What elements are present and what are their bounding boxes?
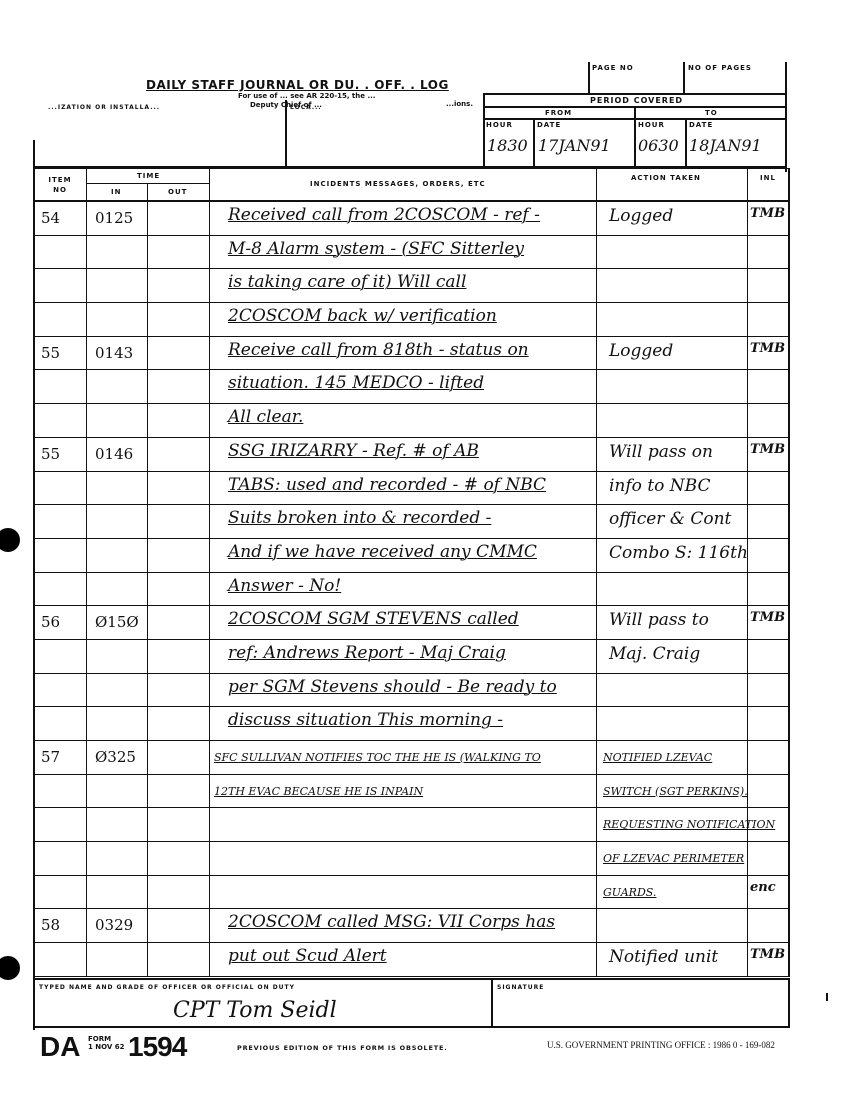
item-no-cell[interactable]: 56 xyxy=(33,606,87,639)
initials-text: TMB xyxy=(750,341,785,356)
time-in-cell[interactable] xyxy=(87,236,148,269)
time-out-cell[interactable] xyxy=(148,707,210,740)
time-in-cell[interactable] xyxy=(87,943,148,976)
initials-cell[interactable] xyxy=(748,842,790,875)
item-no-cell[interactable]: 58 xyxy=(33,909,87,942)
to-date-value[interactable]: 18JAN91 xyxy=(689,136,762,155)
time-in-cell[interactable] xyxy=(87,876,148,909)
initials-cell[interactable] xyxy=(748,741,790,774)
action-cell[interactable]: Maj. Craig xyxy=(597,640,748,673)
form-title: DAILY STAFF JOURNAL OR DU. . OFF. . LOG xyxy=(146,78,449,92)
time-out-cell[interactable] xyxy=(148,370,210,403)
time-in-cell[interactable] xyxy=(87,674,148,707)
item-no-cell[interactable] xyxy=(33,573,87,606)
incident-cell[interactable]: is taking care of it) Will call xyxy=(210,269,597,302)
action-cell[interactable] xyxy=(597,404,748,437)
initials-cell[interactable] xyxy=(748,370,790,403)
initials-cell[interactable] xyxy=(748,775,790,808)
incident-text: per SGM Stevens should - Be ready to xyxy=(228,677,557,697)
item-no-text: 55 xyxy=(41,445,60,463)
time-in-cell[interactable] xyxy=(87,842,148,875)
initials-cell[interactable] xyxy=(748,539,790,572)
item-no-cell[interactable] xyxy=(33,236,87,269)
item-no-cell[interactable] xyxy=(33,539,87,572)
table-row: ref: Andrews Report - Maj CraigMaj. Crai… xyxy=(33,640,790,674)
header-item-no: ITEM NO xyxy=(33,169,87,200)
item-no-label: ITEM NO xyxy=(42,175,78,195)
punch-hole-mark xyxy=(0,528,20,552)
item-no-cell[interactable] xyxy=(33,505,87,538)
time-out-cell[interactable] xyxy=(148,438,210,471)
item-no-cell[interactable] xyxy=(33,808,87,841)
item-no-cell[interactable] xyxy=(33,943,87,976)
time-in-text: Ø325 xyxy=(95,748,136,766)
initials-cell[interactable] xyxy=(748,236,790,269)
action-cell[interactable] xyxy=(597,269,748,302)
action-cell[interactable]: info to NBC xyxy=(597,472,748,505)
initials-cell[interactable]: TMB xyxy=(748,943,790,976)
incident-cell[interactable]: M-8 Alarm system - (SFC Sitterley xyxy=(210,236,597,269)
time-in-text: 0146 xyxy=(95,445,133,463)
action-text: Logged xyxy=(609,341,673,361)
header-incidents: INCIDENTS MESSAGES, ORDERS, ETC xyxy=(210,169,597,200)
table-row: 550146SSG IRIZARRY - Ref. # of ABWill pa… xyxy=(33,438,790,472)
divider xyxy=(588,62,590,94)
initials-cell[interactable] xyxy=(748,505,790,538)
initials-cell[interactable] xyxy=(748,640,790,673)
action-cell[interactable]: REQUESTING NOTIFICATION xyxy=(597,808,748,841)
action-text: OF LZEVAC PERIMETER xyxy=(603,852,744,865)
time-in-cell[interactable]: 0146 xyxy=(87,438,148,471)
item-no-text: 54 xyxy=(41,209,60,227)
incident-text: Answer - No! xyxy=(228,576,341,596)
time-in-cell[interactable] xyxy=(87,707,148,740)
action-text: GUARDS. xyxy=(603,886,656,899)
divider xyxy=(685,118,687,166)
incident-cell[interactable]: Receive call from 818th - status on xyxy=(210,337,597,370)
time-out-cell[interactable] xyxy=(148,337,210,370)
item-no-text: 58 xyxy=(41,916,60,934)
incident-text: put out Scud Alert xyxy=(228,946,387,966)
divider xyxy=(785,62,787,172)
incident-text: And if we have received any CMMC xyxy=(228,542,537,562)
table-row: 2COSCOM back w/ verification xyxy=(33,303,790,337)
divider xyxy=(491,980,493,1028)
action-cell[interactable]: Will pass to xyxy=(597,606,748,639)
item-no-cell[interactable]: 54 xyxy=(33,202,87,235)
incident-cell[interactable]: And if we have received any CMMC xyxy=(210,539,597,572)
action-text: SWITCH (SGT PERKINS). xyxy=(603,785,748,798)
table-row: Answer - No! xyxy=(33,573,790,607)
action-cell[interactable] xyxy=(597,236,748,269)
divider xyxy=(483,93,787,95)
divider xyxy=(683,62,685,94)
incident-text: 2COSCOM back w/ verification xyxy=(228,306,497,326)
time-out-cell[interactable] xyxy=(148,606,210,639)
form-number: 1594 xyxy=(128,1031,186,1063)
header-time: TIME xyxy=(87,169,210,184)
from-hour-value[interactable]: 1830 xyxy=(487,136,528,155)
incident-cell[interactable]: SFC SULLIVAN NOTIFIES TOC THE HE IS (WAL… xyxy=(210,741,597,774)
action-cell[interactable]: Notified unit xyxy=(597,943,748,976)
item-no-cell[interactable] xyxy=(33,775,87,808)
table-row: per SGM Stevens should - Be ready to xyxy=(33,674,790,708)
divider xyxy=(483,93,485,167)
form-subtitle-right: ...ions. xyxy=(446,100,473,108)
divider xyxy=(285,100,287,167)
item-no-cell[interactable] xyxy=(33,842,87,875)
time-in-cell[interactable] xyxy=(87,539,148,572)
out-label: OUT xyxy=(168,188,187,196)
form-subtitle-line1: For use of ... see AR 220-15, the ... xyxy=(238,92,375,100)
item-no-cell[interactable]: 55 xyxy=(33,438,87,471)
incident-cell[interactable]: ref: Andrews Report - Maj Craig xyxy=(210,640,597,673)
table-row: 550143Receive call from 818th - status o… xyxy=(33,337,790,371)
incident-cell[interactable]: discuss situation This morning - xyxy=(210,707,597,740)
typed-name-label: TYPED NAME AND GRADE OF OFFICER OR OFFIC… xyxy=(39,984,295,991)
item-no-cell[interactable] xyxy=(33,472,87,505)
incident-text: 12TH EVAC BECAUSE HE IS INPAIN xyxy=(214,785,423,798)
initials-text: TMB xyxy=(750,206,785,221)
action-cell[interactable] xyxy=(597,573,748,606)
time-out-cell[interactable] xyxy=(148,909,210,942)
item-no-cell[interactable] xyxy=(33,303,87,336)
incident-cell[interactable]: 2COSCOM called MSG: VII Corps has xyxy=(210,909,597,942)
item-no-cell[interactable] xyxy=(33,640,87,673)
header-inl: INL xyxy=(748,169,790,200)
initials-cell[interactable] xyxy=(748,909,790,942)
time-in-cell[interactable] xyxy=(87,404,148,437)
initials-cell[interactable]: TMB xyxy=(748,606,790,639)
divider xyxy=(634,106,636,166)
journal-table: 540125Received call from 2COSCOM - ref -… xyxy=(33,202,790,977)
time-out-cell[interactable] xyxy=(148,775,210,808)
incident-text: Received call from 2COSCOM - ref - xyxy=(228,205,540,225)
to-hour-value[interactable]: 0630 xyxy=(638,136,679,155)
initials-cell[interactable] xyxy=(748,674,790,707)
from-date-label: DATE xyxy=(537,121,561,129)
item-no-cell[interactable] xyxy=(33,876,87,909)
initials-text: TMB xyxy=(750,610,785,625)
incident-text: SFC SULLIVAN NOTIFIES TOC THE HE IS (WAL… xyxy=(214,751,541,764)
initials-cell[interactable] xyxy=(748,404,790,437)
time-in-cell[interactable] xyxy=(87,505,148,538)
from-label: FROM xyxy=(545,109,572,117)
no-of-pages-label: NO OF PAGES xyxy=(688,64,752,72)
time-out-cell[interactable] xyxy=(148,269,210,302)
action-cell[interactable] xyxy=(597,674,748,707)
header-in: IN xyxy=(87,184,148,201)
time-in-cell[interactable]: 0125 xyxy=(87,202,148,235)
time-out-cell[interactable] xyxy=(148,539,210,572)
time-out-cell[interactable] xyxy=(148,236,210,269)
item-no-cell[interactable] xyxy=(33,707,87,740)
initials-cell[interactable] xyxy=(748,472,790,505)
officer-box: TYPED NAME AND GRADE OF OFFICER OR OFFIC… xyxy=(33,978,790,1028)
table-row: M-8 Alarm system - (SFC Sitterley xyxy=(33,236,790,270)
incident-cell[interactable] xyxy=(210,808,597,841)
table-row: Suits broken into & recorded -officer & … xyxy=(33,505,790,539)
form-word: FORM xyxy=(88,1035,125,1043)
organization-label: ...IZATION OR INSTALLA... xyxy=(48,104,160,111)
table-row: 57Ø325SFC SULLIVAN NOTIFIES TOC THE HE I… xyxy=(33,741,790,775)
header-action: ACTION TAKEN xyxy=(597,169,748,200)
time-in-cell[interactable]: 0329 xyxy=(87,909,148,942)
time-out-cell[interactable] xyxy=(148,303,210,336)
inl-label: INL xyxy=(760,174,776,182)
in-label: IN xyxy=(111,188,121,196)
table-row: GUARDS.enc xyxy=(33,876,790,910)
form-prefix: DA xyxy=(40,1031,80,1063)
action-text: Logged xyxy=(609,206,673,226)
time-in-text: 0125 xyxy=(95,209,133,227)
page-no-field[interactable] xyxy=(592,74,680,92)
time-in-text: 0329 xyxy=(95,916,133,934)
table-row: 56Ø15Ø2COSCOM SGM STEVENS calledWill pas… xyxy=(33,606,790,640)
location-label: LOCA... xyxy=(290,104,322,111)
time-in-cell[interactable] xyxy=(87,472,148,505)
incident-cell[interactable]: per SGM Stevens should - Be ready to xyxy=(210,674,597,707)
to-hour-label: HOUR xyxy=(638,121,665,129)
item-no-text: 55 xyxy=(41,344,60,362)
incident-cell[interactable]: put out Scud Alert xyxy=(210,943,597,976)
incident-text: discuss situation This morning - xyxy=(228,710,503,730)
action-cell[interactable]: OF LZEVAC PERIMETER xyxy=(597,842,748,875)
table-row: TABS: used and recorded - # of NBCinfo t… xyxy=(33,472,790,506)
action-text: Maj. Craig xyxy=(609,644,700,664)
action-text: NOTIFIED LZEVAC xyxy=(603,751,712,764)
action-text: officer & Cont xyxy=(609,509,731,529)
action-cell[interactable]: Logged xyxy=(597,337,748,370)
initials-text: TMB xyxy=(750,442,785,457)
table-row: 540125Received call from 2COSCOM - ref -… xyxy=(33,202,790,236)
signature-field[interactable] xyxy=(497,994,782,1026)
action-cell[interactable]: Logged xyxy=(597,202,748,235)
action-cell[interactable]: GUARDS. xyxy=(597,876,748,909)
from-date-value[interactable]: 17JAN91 xyxy=(538,136,611,155)
incident-cell[interactable]: All clear. xyxy=(210,404,597,437)
action-text: Will pass to xyxy=(609,610,709,630)
time-out-cell[interactable] xyxy=(148,876,210,909)
initials-text: TMB xyxy=(750,947,785,962)
table-row: situation. 145 MEDCO - lifted xyxy=(33,370,790,404)
time-in-cell[interactable] xyxy=(87,808,148,841)
incident-text: TABS: used and recorded - # of NBC xyxy=(228,475,546,495)
incident-text: M-8 Alarm system - (SFC Sitterley xyxy=(228,239,524,259)
initials-cell[interactable] xyxy=(748,707,790,740)
incident-cell[interactable]: SSG IRIZARRY - Ref. # of AB xyxy=(210,438,597,471)
time-in-cell[interactable]: Ø15Ø xyxy=(87,606,148,639)
form-date: 1 NOV 62 xyxy=(88,1043,125,1051)
printing-office-note: U.S. GOVERNMENT PRINTING OFFICE : 1986 0… xyxy=(547,1040,775,1050)
incident-text: situation. 145 MEDCO - lifted xyxy=(228,373,484,393)
typed-name-value[interactable]: CPT Tom Seidl xyxy=(173,998,337,1023)
time-in-text: Ø15Ø xyxy=(95,613,139,631)
to-date-label: DATE xyxy=(689,121,713,129)
page-no-label: PAGE NO xyxy=(592,64,634,72)
to-label: TO xyxy=(705,109,718,117)
item-no-cell[interactable] xyxy=(33,269,87,302)
time-out-cell[interactable] xyxy=(148,808,210,841)
initials-text: enc xyxy=(750,880,776,895)
incident-cell[interactable] xyxy=(210,842,597,875)
item-no-text: 56 xyxy=(41,613,60,631)
time-in-cell[interactable] xyxy=(87,573,148,606)
from-hour-label: HOUR xyxy=(486,121,513,129)
incident-cell[interactable]: 12TH EVAC BECAUSE HE IS INPAIN xyxy=(210,775,597,808)
action-cell[interactable]: Combo S: 116th xyxy=(597,539,748,572)
incident-cell[interactable]: Suits broken into & recorded - xyxy=(210,505,597,538)
incident-text: Suits broken into & recorded - xyxy=(228,508,491,528)
time-out-cell[interactable] xyxy=(148,202,210,235)
action-text: Notified unit xyxy=(609,947,718,967)
signature-label: SIGNATURE xyxy=(497,984,544,991)
incident-cell[interactable] xyxy=(210,876,597,909)
initials-cell[interactable] xyxy=(748,573,790,606)
time-in-cell[interactable]: Ø325 xyxy=(87,741,148,774)
time-out-cell[interactable] xyxy=(148,741,210,774)
action-cell[interactable] xyxy=(597,707,748,740)
table-row: 12TH EVAC BECAUSE HE IS INPAINSWITCH (SG… xyxy=(33,775,790,809)
incident-text: 2COSCOM SGM STEVENS called xyxy=(228,609,519,629)
time-out-cell[interactable] xyxy=(148,573,210,606)
table-row: All clear. xyxy=(33,404,790,438)
time-in-cell[interactable] xyxy=(87,269,148,302)
incident-text: Receive call from 818th - status on xyxy=(228,340,529,360)
table-row: is taking care of it) Will call xyxy=(33,269,790,303)
action-cell[interactable]: SWITCH (SGT PERKINS). xyxy=(597,775,748,808)
incident-text: SSG IRIZARRY - Ref. # of AB xyxy=(228,441,479,461)
divider xyxy=(533,118,535,166)
initials-cell[interactable] xyxy=(748,303,790,336)
action-text: info to NBC xyxy=(609,476,710,496)
time-in-cell[interactable] xyxy=(87,775,148,808)
divider xyxy=(483,118,787,120)
time-out-cell[interactable] xyxy=(148,404,210,437)
table-row: put out Scud AlertNotified unitTMB xyxy=(33,943,790,977)
initials-cell[interactable]: TMB xyxy=(748,202,790,235)
time-label: TIME xyxy=(137,172,160,180)
action-text: Will pass on xyxy=(609,442,713,462)
time-out-cell[interactable] xyxy=(148,943,210,976)
action-cell[interactable] xyxy=(597,370,748,403)
period-covered-label: PERIOD COVERED xyxy=(590,96,683,105)
action-cell[interactable]: NOTIFIED LZEVAC xyxy=(597,741,748,774)
initials-cell[interactable] xyxy=(748,808,790,841)
item-no-cell[interactable]: 57 xyxy=(33,741,87,774)
incident-cell[interactable]: TABS: used and recorded - # of NBC xyxy=(210,472,597,505)
item-no-cell[interactable] xyxy=(33,404,87,437)
initials-cell[interactable]: TMB xyxy=(748,337,790,370)
item-no-cell[interactable] xyxy=(33,370,87,403)
scan-speck xyxy=(826,993,828,1001)
incidents-label: INCIDENTS MESSAGES, ORDERS, ETC xyxy=(310,180,486,188)
punch-hole-mark xyxy=(0,956,20,980)
incident-cell[interactable]: Received call from 2COSCOM - ref - xyxy=(210,202,597,235)
incident-cell[interactable]: 2COSCOM back w/ verification xyxy=(210,303,597,336)
incident-text: is taking care of it) Will call xyxy=(228,272,466,292)
table-row: And if we have received any CMMCCombo S:… xyxy=(33,539,790,573)
incident-cell[interactable]: situation. 145 MEDCO - lifted xyxy=(210,370,597,403)
time-in-cell[interactable] xyxy=(87,370,148,403)
time-out-cell[interactable] xyxy=(148,674,210,707)
action-cell[interactable] xyxy=(597,909,748,942)
time-in-cell[interactable] xyxy=(87,640,148,673)
action-cell[interactable]: officer & Cont xyxy=(597,505,748,538)
header-out: OUT xyxy=(148,184,210,201)
item-no-text: 57 xyxy=(41,748,60,766)
table-row: REQUESTING NOTIFICATION xyxy=(33,808,790,842)
time-out-cell[interactable] xyxy=(148,640,210,673)
action-cell[interactable] xyxy=(597,303,748,336)
item-no-cell[interactable]: 55 xyxy=(33,337,87,370)
location-field[interactable] xyxy=(290,115,480,163)
table-row: 5803292COSCOM called MSG: VII Corps has xyxy=(33,909,790,943)
incident-cell[interactable]: 2COSCOM SGM STEVENS called xyxy=(210,606,597,639)
organization-field[interactable] xyxy=(36,115,282,163)
time-in-cell[interactable]: 0143 xyxy=(87,337,148,370)
time-out-cell[interactable] xyxy=(148,472,210,505)
time-in-cell[interactable] xyxy=(87,303,148,336)
incident-text: 2COSCOM called MSG: VII Corps has xyxy=(228,912,555,932)
time-out-cell[interactable] xyxy=(148,842,210,875)
no-of-pages-field[interactable] xyxy=(688,74,782,92)
initials-cell[interactable]: TMB xyxy=(748,438,790,471)
table-header: ITEM NO TIME IN OUT INCIDENTS MESSAGES, … xyxy=(33,168,790,202)
initials-cell[interactable]: enc xyxy=(748,876,790,909)
incident-cell[interactable]: Answer - No! xyxy=(210,573,597,606)
action-cell[interactable]: Will pass on xyxy=(597,438,748,471)
time-out-cell[interactable] xyxy=(148,505,210,538)
incident-text: ref: Andrews Report - Maj Craig xyxy=(228,643,506,663)
item-no-cell[interactable] xyxy=(33,674,87,707)
form-edition: FORM 1 NOV 62 xyxy=(88,1035,125,1051)
time-in-text: 0143 xyxy=(95,344,133,362)
incident-text: All clear. xyxy=(228,407,303,427)
initials-cell[interactable] xyxy=(748,269,790,302)
action-text: Combo S: 116th xyxy=(609,543,748,563)
table-row: OF LZEVAC PERIMETER xyxy=(33,842,790,876)
action-label: ACTION TAKEN xyxy=(631,174,701,182)
previous-edition-note: PREVIOUS EDITION OF THIS FORM IS OBSOLET… xyxy=(237,1044,447,1052)
table-row: discuss situation This morning - xyxy=(33,707,790,741)
